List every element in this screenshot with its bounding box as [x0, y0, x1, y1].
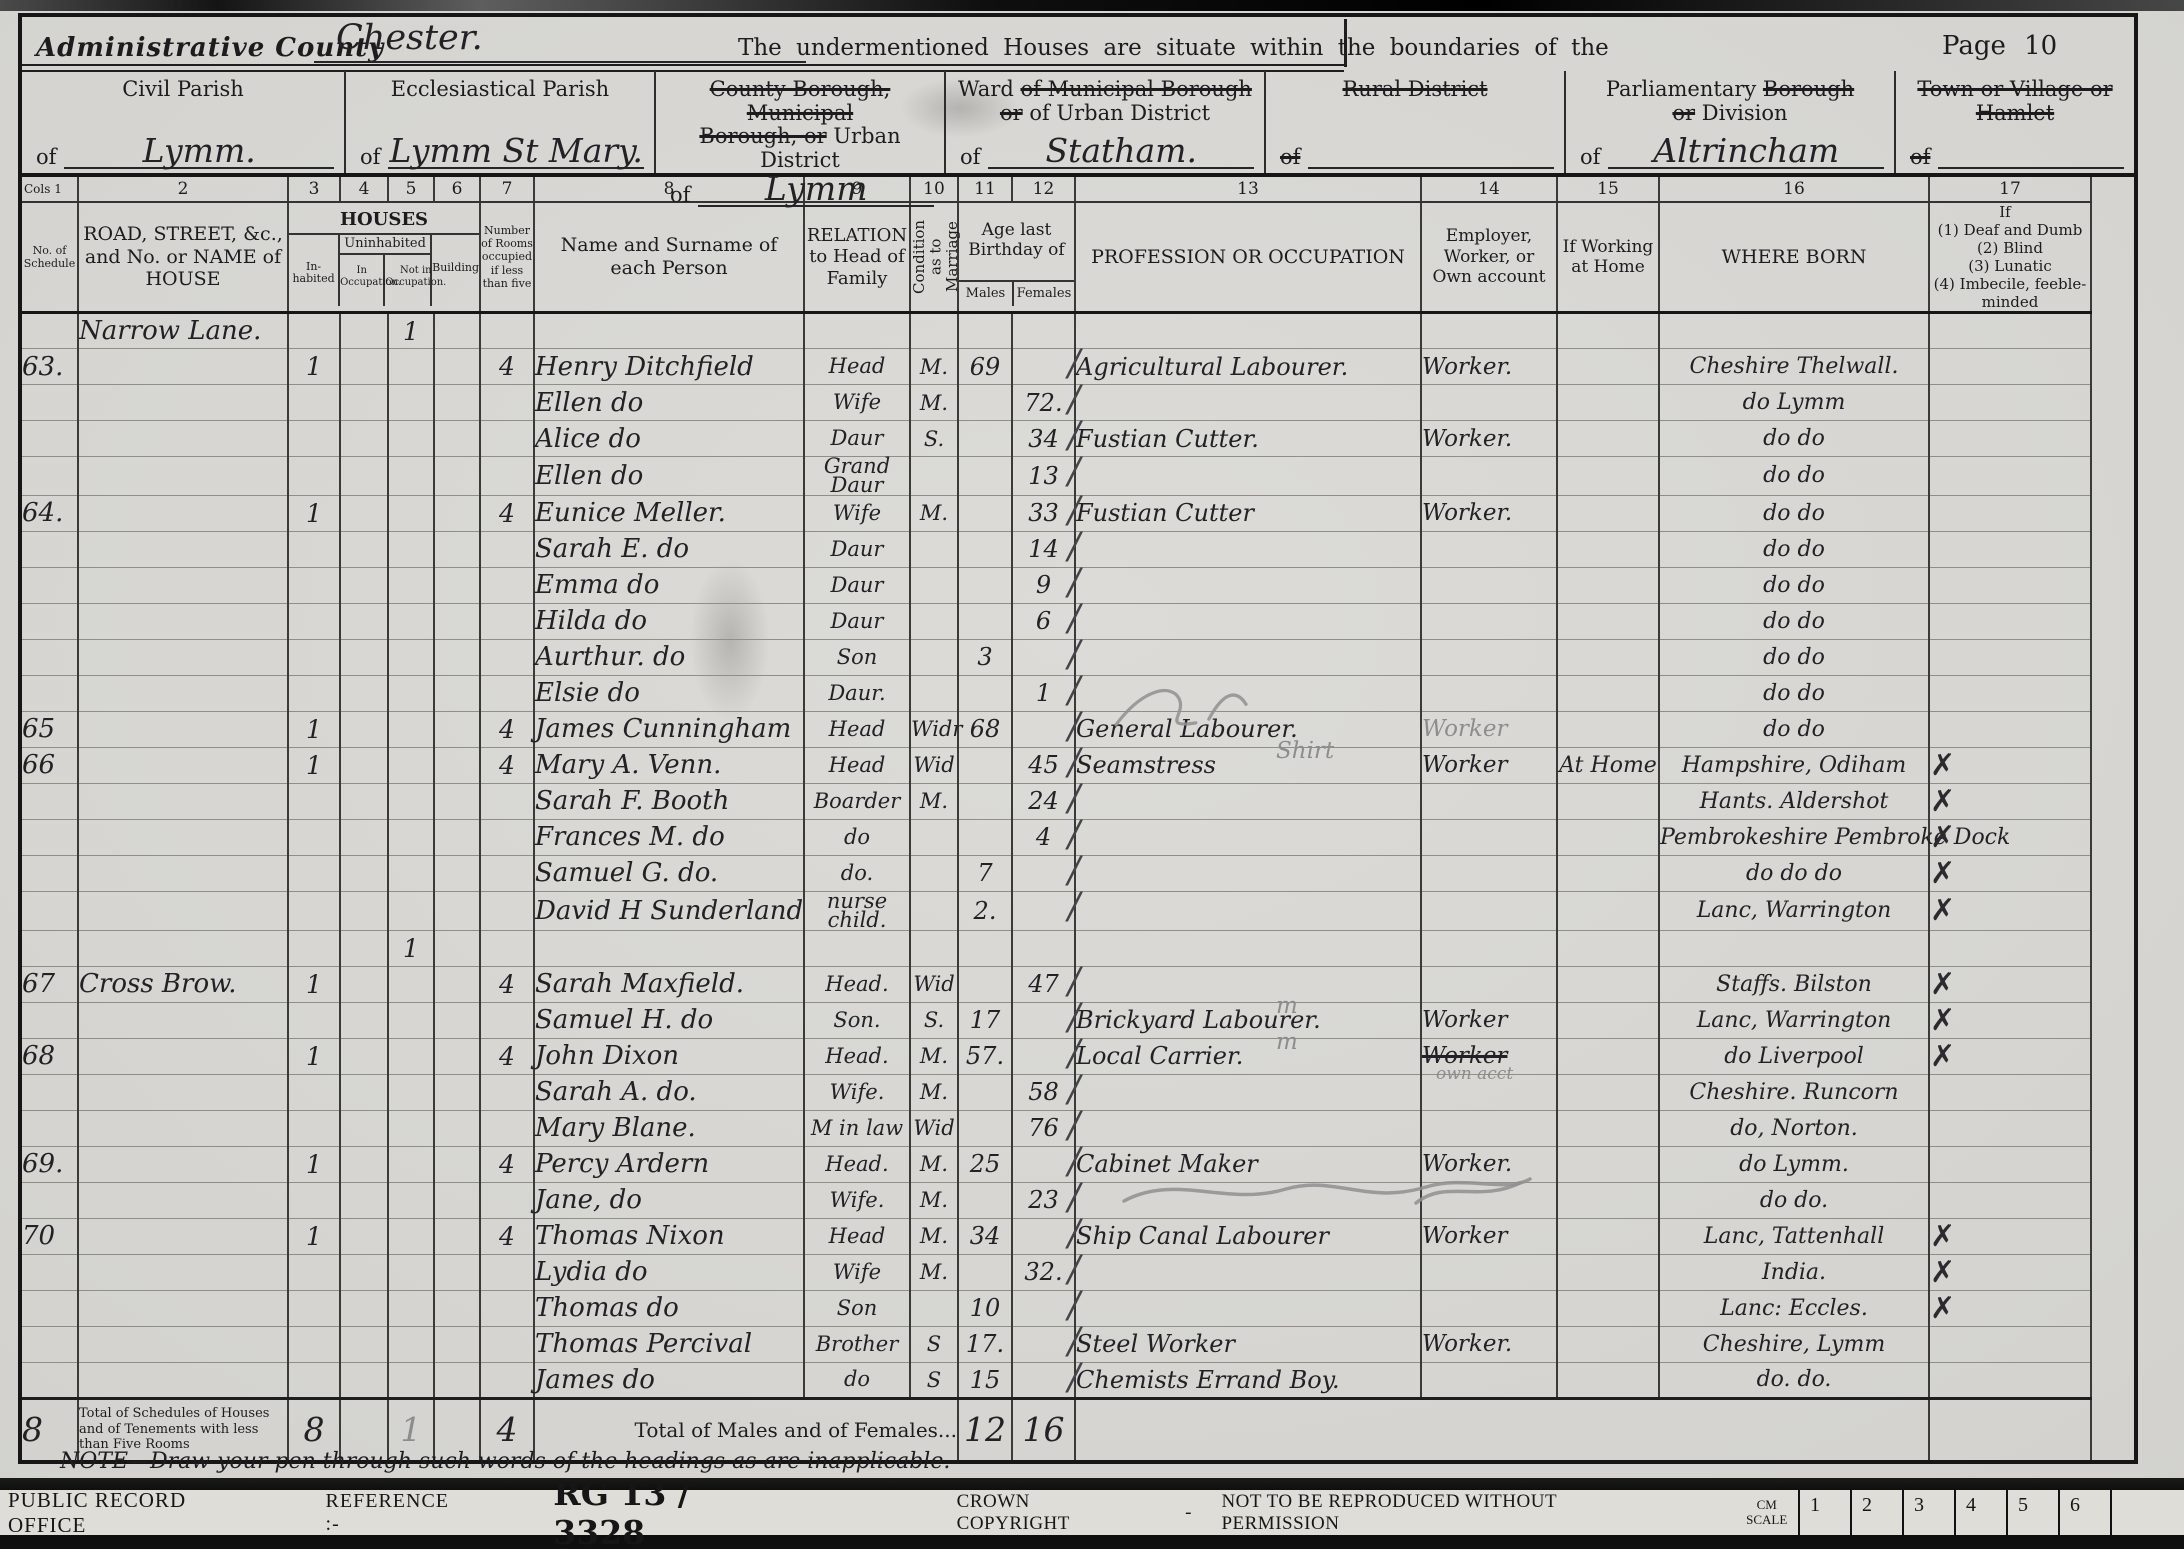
- cell-in_occ: [340, 891, 388, 930]
- cell-margin: [2091, 567, 2134, 603]
- cell-infirmity-mark: [1929, 313, 2091, 349]
- cell-in_occ: [340, 421, 388, 457]
- cell-where-born: do do.: [1659, 1182, 1929, 1218]
- cell-margin: [2091, 1218, 2134, 1254]
- cell-where-born: do, Norton.: [1659, 1110, 1929, 1146]
- of-label: of: [1580, 145, 1600, 169]
- cell-building: [434, 1326, 480, 1362]
- cell-in_occ: [340, 603, 388, 639]
- cell-occupation: [1075, 603, 1421, 639]
- cell-inhabited: [288, 457, 340, 496]
- cell-age_f: 32.: [1012, 1254, 1075, 1290]
- footer-copyright: CROWN COPYRIGHT: [957, 1491, 1143, 1535]
- cell-in_occ: [340, 349, 388, 385]
- cell-age_f: [1012, 1038, 1075, 1074]
- cell-not_in_occ: [388, 1182, 434, 1218]
- cell-employer: [1421, 1110, 1557, 1146]
- cell-not_in_occ: [388, 783, 434, 819]
- cell-not_in_occ: [388, 1362, 434, 1398]
- cell-condition: M.: [910, 495, 958, 531]
- cell-occupation: Fustian Cutter.: [1075, 421, 1421, 457]
- header-in-occupation: In Occupation.: [340, 255, 385, 306]
- cell-occupation: [1075, 1074, 1421, 1110]
- cell-not_in_occ: [388, 603, 434, 639]
- cell-condition: [910, 313, 958, 349]
- header-where-born: WHERE BORN: [1659, 202, 1929, 313]
- cell-rooms: [480, 531, 534, 567]
- cell-age_f: [1012, 1362, 1075, 1398]
- cell-inhabited: 1: [288, 1146, 340, 1182]
- cell-age_f: 58: [1012, 1074, 1075, 1110]
- column-number: 4: [340, 177, 388, 202]
- cell-employer: [1421, 567, 1557, 603]
- cell-relation: do: [804, 1362, 910, 1398]
- cell-condition: [910, 675, 958, 711]
- cell-working-at-home: [1557, 855, 1659, 891]
- cell-building: [434, 711, 480, 747]
- cell-condition: [910, 531, 958, 567]
- cell-inhabited: [288, 603, 340, 639]
- column-number-margin: [2091, 177, 2134, 202]
- cell-building: [434, 495, 480, 531]
- cell-rooms: [480, 313, 534, 349]
- column-number: 11: [958, 177, 1012, 202]
- cell-margin: [2091, 819, 2134, 855]
- census-row: David H Sunderlandnurse child.2.Lanc, Wa…: [22, 891, 2134, 930]
- cell-rooms: 4: [480, 711, 534, 747]
- cell-name: Ellen do: [534, 457, 804, 496]
- cell-margin: [2091, 603, 2134, 639]
- cell-where-born: [1659, 930, 1929, 966]
- cell-working-at-home: [1557, 675, 1659, 711]
- cell-age_m: 17.: [958, 1326, 1012, 1362]
- cell-employer: [1421, 855, 1557, 891]
- cell-road: [78, 1038, 288, 1074]
- locality-label-line: Borough, or Urban District: [666, 125, 934, 172]
- cell-age_f: 33: [1012, 495, 1075, 531]
- cell-age_f: 23: [1012, 1182, 1075, 1218]
- cell-margin: [2091, 385, 2134, 421]
- cell-where-born: do Liverpool: [1659, 1038, 1929, 1074]
- cell-in_occ: [340, 1290, 388, 1326]
- cell-relation: Brother: [804, 1326, 910, 1362]
- cell-working-at-home: [1557, 819, 1659, 855]
- cell-occupation: [1075, 385, 1421, 421]
- cell-employer: Worker.: [1421, 495, 1557, 531]
- of-label: of: [360, 145, 380, 169]
- census-row: James dodoS15Chemists Errand Boy.do. do.: [22, 1362, 2134, 1398]
- cell-where-born: do do: [1659, 495, 1929, 531]
- cell-condition: M.: [910, 1038, 958, 1074]
- column-number: 5: [388, 177, 434, 202]
- cell-margin: [2091, 1254, 2134, 1290]
- cell-condition: M.: [910, 1074, 958, 1110]
- cell-not_in_occ: [388, 1074, 434, 1110]
- cell-condition: S.: [910, 421, 958, 457]
- scale-mark-end: [2110, 1490, 2184, 1535]
- cell-condition: S: [910, 1326, 958, 1362]
- cell-schedule: [22, 819, 78, 855]
- cell-employer: Worker.: [1421, 1326, 1557, 1362]
- cell-rooms: 4: [480, 495, 534, 531]
- cell-schedule: 63.: [22, 349, 78, 385]
- locality-label-line: Town or Village or Hamlet: [1906, 78, 2124, 125]
- cell-building: [434, 1290, 480, 1326]
- locality-of-line: of: [1276, 145, 1554, 169]
- cell-schedule: [22, 1326, 78, 1362]
- cell-building: [434, 385, 480, 421]
- locality-of-line: ofAltrincham: [1576, 134, 1884, 169]
- cell-building: [434, 783, 480, 819]
- admin-county-value: Chester.: [314, 17, 806, 63]
- cell-in_occ: [340, 966, 388, 1002]
- cell-condition: [910, 457, 958, 496]
- cell-not_in_occ: [388, 421, 434, 457]
- of-label: of: [1280, 145, 1300, 169]
- header-age-group: Age last Birthday of Males Females: [958, 202, 1075, 313]
- cell-where-born: India.: [1659, 1254, 1929, 1290]
- cell-employer: [1421, 1290, 1557, 1326]
- scale-mark: 4: [1954, 1490, 2006, 1535]
- employer-text: Worker.: [1422, 1151, 1512, 1177]
- header-schedule: No. of Schedule: [22, 202, 78, 313]
- cell-condition: Wid: [910, 747, 958, 783]
- cell-in_occ: [340, 1146, 388, 1182]
- cell-schedule: 68: [22, 1038, 78, 1074]
- cell-schedule: [22, 1290, 78, 1326]
- cell-condition: [910, 930, 958, 966]
- cell-working-at-home: [1557, 313, 1659, 349]
- cell-infirmity-mark: ✗: [1929, 1218, 2091, 1254]
- cell-condition: M.: [910, 1218, 958, 1254]
- cell-margin: [2091, 1110, 2134, 1146]
- cell-rooms: [480, 1290, 534, 1326]
- cell-condition: Wid: [910, 1110, 958, 1146]
- cell-infirmity-mark: ✗: [1929, 1002, 2091, 1038]
- cell-occupation: [1075, 855, 1421, 891]
- cell-employer: Worker.: [1421, 1146, 1557, 1182]
- cell-relation: Daur: [804, 603, 910, 639]
- cell-margin: [2091, 930, 2134, 966]
- locality-value: [1938, 167, 2124, 169]
- cell-working-at-home: At Home: [1557, 747, 1659, 783]
- infirmity-line: (3) Lunatic: [1930, 257, 2090, 275]
- cell-infirmity-mark: [1929, 495, 2091, 531]
- cell-relation: Wife.: [804, 1074, 910, 1110]
- cell-in_occ: [340, 1110, 388, 1146]
- cell-inhabited: [288, 1254, 340, 1290]
- cell-margin: [2091, 1326, 2134, 1362]
- cell-infirmity-mark: ✗: [1929, 966, 2091, 1002]
- cell-occupation: SeamstressShirt: [1075, 747, 1421, 783]
- cell-infirmity-mark: [1929, 1326, 2091, 1362]
- cell-not_in_occ: [388, 1254, 434, 1290]
- cell-inhabited: 1: [288, 966, 340, 1002]
- cell-rooms: [480, 567, 534, 603]
- cell-relation: Wife: [804, 1254, 910, 1290]
- cell-margin: [2091, 855, 2134, 891]
- cell-where-born: Pembrokeshire Pembroke Dock: [1659, 819, 1929, 855]
- infirmity-line: (4) Imbecile, feeble-minded: [1930, 275, 2090, 311]
- cell-margin: [2091, 783, 2134, 819]
- cell-building: [434, 819, 480, 855]
- cell-in_occ: [340, 457, 388, 496]
- cell-relation: Head.: [804, 1038, 910, 1074]
- cell-margin: [2091, 457, 2134, 496]
- cell-employer: [1421, 639, 1557, 675]
- census-scan-page: Administrative County Chester. The under…: [0, 0, 2184, 1549]
- cell-name: Sarah Maxfield.: [534, 966, 804, 1002]
- header-inhabited: In-habited: [289, 235, 338, 306]
- cell-road: [78, 349, 288, 385]
- cell-schedule: [22, 1182, 78, 1218]
- locality-label-line: County Borough, Municipal: [666, 78, 934, 125]
- cell-not_in_occ: [388, 1326, 434, 1362]
- cell-employer: [1421, 531, 1557, 567]
- cell-occupation: [1075, 675, 1421, 711]
- rule-tick: [1344, 19, 1347, 67]
- locality-label-text: Parliamentary: [1606, 77, 1763, 101]
- cell-age_m: 3: [958, 639, 1012, 675]
- footer-strip: PUBLIC RECORD OFFICE REFERENCE :- RG 13 …: [0, 1490, 2184, 1535]
- footer-dash: -: [1185, 1502, 1191, 1524]
- column-number: 14: [1421, 177, 1557, 202]
- cell-in_occ: [340, 1182, 388, 1218]
- cell-not_in_occ: [388, 495, 434, 531]
- cell-age_m: [958, 966, 1012, 1002]
- cell-age_m: 15: [958, 1362, 1012, 1398]
- cell-name: Samuel H. do: [534, 1002, 804, 1038]
- cell-where-born: Lanc, Warrington: [1659, 1002, 1929, 1038]
- cell-building: [434, 639, 480, 675]
- cell-schedule: 67: [22, 966, 78, 1002]
- cell-employer: Worker: [1421, 711, 1557, 747]
- cell-margin: [2091, 1290, 2134, 1326]
- column-number: Cols 1: [22, 177, 78, 202]
- cell-age_f: 45: [1012, 747, 1075, 783]
- cell-not_in_occ: [388, 966, 434, 1002]
- cell-in_occ: [340, 855, 388, 891]
- occupation-text: Fustian Cutter: [1076, 499, 1254, 527]
- occupation-text: Cabinet Maker: [1076, 1150, 1258, 1178]
- cell-infirmity-mark: [1929, 1146, 2091, 1182]
- cell-condition: M.: [910, 385, 958, 421]
- cell-relation: Daur: [804, 421, 910, 457]
- cell-in_occ: [340, 385, 388, 421]
- cell-age_f: 6: [1012, 603, 1075, 639]
- cell-infirmity-mark: [1929, 457, 2091, 496]
- cell-not_in_occ: [388, 711, 434, 747]
- cell-inhabited: [288, 567, 340, 603]
- cell-in_occ: [340, 1254, 388, 1290]
- cell-rooms: 4: [480, 1218, 534, 1254]
- scan-edge-streak: [0, 0, 2184, 11]
- cell-rooms: [480, 783, 534, 819]
- cell-relation: Grand Daur: [804, 457, 910, 496]
- locality-label: County Borough, MunicipalBorough, or Urb…: [666, 78, 934, 172]
- locality-value: [1308, 167, 1554, 169]
- cell-inhabited: [288, 783, 340, 819]
- cell-building: [434, 531, 480, 567]
- cell-occupation: General Labourer.: [1075, 711, 1421, 747]
- cell-age_m: [958, 1110, 1012, 1146]
- cell-relation: nurse child.: [804, 891, 910, 930]
- cell-employer: Workerown acct: [1421, 1038, 1557, 1074]
- cell-road: [78, 603, 288, 639]
- cell-margin: [2091, 1362, 2134, 1398]
- cell-age_f: [1012, 930, 1075, 966]
- cell-road: [78, 711, 288, 747]
- cell-age_m: 2.: [958, 891, 1012, 930]
- cell-age_f: [1012, 349, 1075, 385]
- cell-name: James do: [534, 1362, 804, 1398]
- cell-building: [434, 1038, 480, 1074]
- cell-where-born: Hampshire, Odiham: [1659, 747, 1929, 783]
- scale-mark: 2: [1850, 1490, 1902, 1535]
- cell-occupation: [1075, 819, 1421, 855]
- cell-occupation: [1075, 457, 1421, 496]
- cell-age_m: [958, 747, 1012, 783]
- cell-employer: [1421, 457, 1557, 496]
- cell-age_f: 47: [1012, 966, 1075, 1002]
- cell-infirmity-mark: [1929, 1362, 2091, 1398]
- cell-inhabited: 1: [288, 1218, 340, 1254]
- cell-age_m: [958, 531, 1012, 567]
- cell-occupation: [1075, 531, 1421, 567]
- locality-label-text: Borough: [1763, 77, 1854, 101]
- footer-reference-label: REFERENCE :-: [326, 1490, 466, 1536]
- cell-age_f: 9: [1012, 567, 1075, 603]
- locality-label-text: or: [1000, 101, 1023, 125]
- locality-label-text: or: [1672, 101, 1695, 125]
- header-males: Males: [959, 282, 1014, 306]
- locality-value: Statham.: [988, 134, 1254, 169]
- column-number: 17: [1929, 177, 2091, 202]
- locality-label-line: Ecclesiastical Parish: [356, 78, 644, 102]
- cell-name: Sarah F. Booth: [534, 783, 804, 819]
- locality-label-text: Town or Village or Hamlet: [1917, 77, 2112, 125]
- cell-where-born: do. do.: [1659, 1362, 1929, 1398]
- header-relation: RELATION to Head of Family: [804, 202, 910, 313]
- cell-rooms: 4: [480, 747, 534, 783]
- cell-age_m: [958, 495, 1012, 531]
- cell-road: [78, 1218, 288, 1254]
- cell-inhabited: [288, 385, 340, 421]
- column-number: 15: [1557, 177, 1659, 202]
- cell-schedule: [22, 639, 78, 675]
- locality-label: Town or Village or Hamlet: [1906, 78, 2124, 125]
- occupation-text: Steel Worker: [1076, 1330, 1235, 1358]
- employer-text: Worker: [1422, 716, 1507, 742]
- cell-inhabited: [288, 1326, 340, 1362]
- cell-not_in_occ: [388, 1002, 434, 1038]
- cell-not_in_occ: [388, 747, 434, 783]
- cell-name: Sarah E. do: [534, 531, 804, 567]
- infirmity-line: (2) Blind: [1930, 239, 2090, 257]
- cell-margin: [2091, 531, 2134, 567]
- cell-name: [534, 930, 804, 966]
- cell-relation: Head: [804, 1218, 910, 1254]
- cell-occupation: Fustian Cutter: [1075, 495, 1421, 531]
- cell-where-born: [1659, 313, 1929, 349]
- cell-in_occ: [340, 313, 388, 349]
- cell-infirmity-mark: ✗: [1929, 783, 2091, 819]
- locality-value: Lymm.: [64, 134, 334, 169]
- cell-working-at-home: [1557, 421, 1659, 457]
- locality-of-line: ofStatham.: [956, 134, 1254, 169]
- admin-header: Administrative County Chester. The under…: [22, 17, 2134, 71]
- cell-working-at-home: [1557, 1326, 1659, 1362]
- cell-name: Percy Ardern: [534, 1146, 804, 1182]
- cell-infirmity-mark: ✗: [1929, 819, 2091, 855]
- cell-infirmity-mark: [1929, 531, 2091, 567]
- cell-schedule: [22, 1362, 78, 1398]
- cell-schedule: [22, 531, 78, 567]
- cell-working-at-home: [1557, 891, 1659, 930]
- cell-name: Sarah A. do.: [534, 1074, 804, 1110]
- cell-road: [78, 1002, 288, 1038]
- footer-scale-label: CM SCALE: [1741, 1498, 1792, 1528]
- cell-infirmity-mark: [1929, 675, 2091, 711]
- cell-age_m: 25: [958, 1146, 1012, 1182]
- cell-in_occ: [340, 747, 388, 783]
- cell-occupation: [1075, 1110, 1421, 1146]
- cell-not_in_occ: [388, 675, 434, 711]
- cell-relation: Son: [804, 1290, 910, 1326]
- cell-schedule: 69.: [22, 1146, 78, 1182]
- cell-relation: Son.: [804, 1002, 910, 1038]
- cell-inhabited: [288, 891, 340, 930]
- cell-margin: [2091, 1074, 2134, 1110]
- locality-label-text: of Municipal Borough: [1020, 77, 1251, 101]
- of-label: of: [960, 145, 980, 169]
- cell-infirmity-mark: ✗: [1929, 1038, 2091, 1074]
- occupation-text: Fustian Cutter.: [1076, 425, 1259, 453]
- cell-schedule: [22, 783, 78, 819]
- cell-name: Thomas Percival: [534, 1326, 804, 1362]
- cell-margin: [2091, 1002, 2134, 1038]
- scale-mark: 5: [2006, 1490, 2058, 1535]
- cell-employer: [1421, 966, 1557, 1002]
- cell-employer: Worker: [1421, 1002, 1557, 1038]
- cell-relation: Wife.: [804, 1182, 910, 1218]
- cell-age_m: [958, 783, 1012, 819]
- cell-infirmity-mark: [1929, 1182, 2091, 1218]
- cell-road: [78, 495, 288, 531]
- cell-building: [434, 421, 480, 457]
- cell-not_in_occ: 1: [388, 313, 434, 349]
- census-table: Cols 1234567891011121314151617 No. of Sc…: [22, 177, 2134, 1460]
- cell-rooms: [480, 1326, 534, 1362]
- cell-relation: do: [804, 819, 910, 855]
- cell-inhabited: [288, 1002, 340, 1038]
- cell-condition: Wid: [910, 966, 958, 1002]
- cell-name: Frances M. do: [534, 819, 804, 855]
- header-infirmity: If(1) Deaf and Dumb(2) Blind(3) Lunatic(…: [1929, 202, 2091, 313]
- cell-age_f: [1012, 891, 1075, 930]
- cell-building: [434, 675, 480, 711]
- column-number: 2: [78, 177, 288, 202]
- cell-occupation: Steel Worker: [1075, 1326, 1421, 1362]
- cell-infirmity-mark: [1929, 603, 2091, 639]
- cell-occupation: Ship Canal Labourer: [1075, 1218, 1421, 1254]
- cell-occupation: [1075, 783, 1421, 819]
- cell-employer: Worker: [1421, 747, 1557, 783]
- cell-working-at-home: [1557, 567, 1659, 603]
- cell-working-at-home: [1557, 457, 1659, 496]
- cell-road: [78, 1290, 288, 1326]
- cell-margin: [2091, 1146, 2134, 1182]
